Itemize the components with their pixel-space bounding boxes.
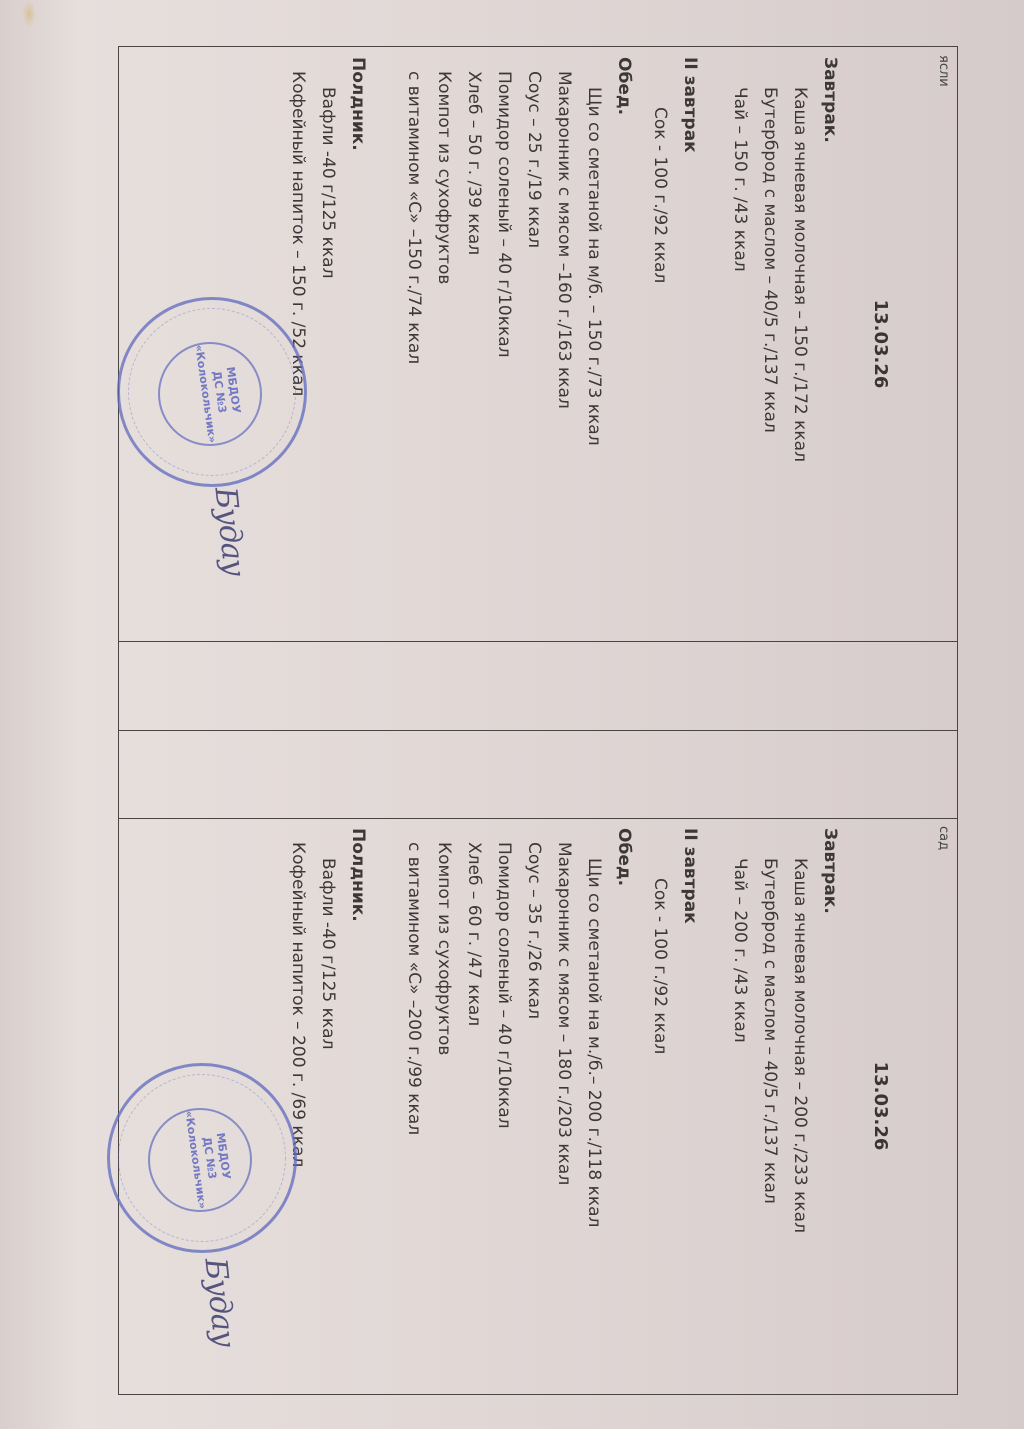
meal-title-lunch: Обед. — [609, 828, 639, 1384]
meal-list: Завтрак. Каша ячневая молочная – 150 г./… — [283, 57, 845, 631]
menu-item: Компот из сухофруктов — [429, 57, 459, 631]
menu-item: Помидор соленый – 40 г/10ккал — [489, 57, 519, 631]
menu-item: с витаминoм «С» –150 г./74 ккал — [399, 57, 429, 631]
menu-item: Бутерброд с маслом – 40/5 г./137 ккал — [755, 828, 785, 1384]
menu-item: Компот из сухофруктов — [429, 828, 459, 1384]
menu-item: Каша ячневая молочная – 200 г./233 ккал — [785, 828, 815, 1384]
meal-title-lunch: Обед. — [609, 57, 639, 631]
meal-title-afternoon-snack: Полдник. — [343, 57, 373, 631]
menu-table: ясли 13.03.26 Завтрак. Каша ячневая моло… — [118, 46, 958, 1395]
menu-item: Макаронник с мясом –160 г./163 ккал — [549, 57, 579, 631]
menu-item: Чай – 150 г. /43 ккал — [725, 57, 755, 631]
signature: Будау — [207, 485, 251, 577]
paper-stain — [22, 0, 36, 28]
meal-title-afternoon-snack: Полдник. — [343, 828, 373, 1384]
meal-title-second-breakfast: II завтрак — [675, 57, 705, 631]
menu-item: Кофейный напиток – 200 г. /69 ккал — [283, 828, 313, 1384]
column-yasli: ясли 13.03.26 Завтрак. Каша ячневая моло… — [119, 47, 957, 641]
menu-item: Чай – 200 г. /43 ккал — [725, 828, 755, 1384]
menu-item: Щи со сметаной на м/б. – 150 г./73 ккал — [579, 57, 609, 631]
official-stamp: МБДОУ ДС №3 «Колокольчик» — [117, 297, 307, 487]
menu-item: с витаминoм «С» –200 г./99 ккал — [399, 828, 429, 1384]
column-label: ясли — [936, 55, 951, 87]
menu-item: Щи со сметаной на м./б.– 200 г./118 ккал — [579, 828, 609, 1384]
official-stamp: МБДОУ ДС №3 «Колокольчик» — [107, 1063, 297, 1253]
meal-title-breakfast: Завтрак. — [815, 828, 845, 1384]
menu-item: Бутерброд с маслом – 40/5 г./137 ккал — [755, 57, 785, 631]
menu-date: 13.03.26 — [870, 818, 891, 1394]
column-sad: сад 13.03.26 Завтрак. Каша ячневая молоч… — [119, 818, 957, 1394]
menu-date: 13.03.26 — [870, 47, 891, 641]
menu-item: Вафли -40 г/125 ккал — [313, 828, 343, 1384]
menu-item: Каша ячневая молочная – 150 г./172 ккал — [785, 57, 815, 631]
menu-item: Хлеб – 50 г. /39 ккал — [459, 57, 489, 631]
menu-item: Помидор соленый – 40 г/10ккал — [489, 828, 519, 1384]
menu-item: Сок - 100 г./92 ккал — [645, 57, 675, 631]
column-label: сад — [936, 826, 951, 850]
menu-item: Соус – 25 г./19 ккал — [519, 57, 549, 631]
menu-item: Хлеб – 60 г. /47 ккал — [459, 828, 489, 1384]
table-divider — [119, 641, 957, 642]
meal-list: Завтрак. Каша ячневая молочная – 200 г./… — [283, 828, 845, 1384]
menu-item: Вафли -40 г/125 ккал — [313, 57, 343, 631]
menu-document: ясли 13.03.26 Завтрак. Каша ячневая моло… — [118, 46, 958, 1395]
signature: Будау — [197, 1256, 241, 1348]
meal-title-second-breakfast: II завтрак — [675, 828, 705, 1384]
menu-item: Соус – 35 г./26 ккал — [519, 828, 549, 1384]
meal-title-breakfast: Завтрак. — [815, 57, 845, 631]
menu-item: Макаронник с мясом – 180 г./203 ккал — [549, 828, 579, 1384]
menu-item: Сок - 100 г./92 ккал — [645, 828, 675, 1384]
table-divider — [119, 730, 957, 731]
